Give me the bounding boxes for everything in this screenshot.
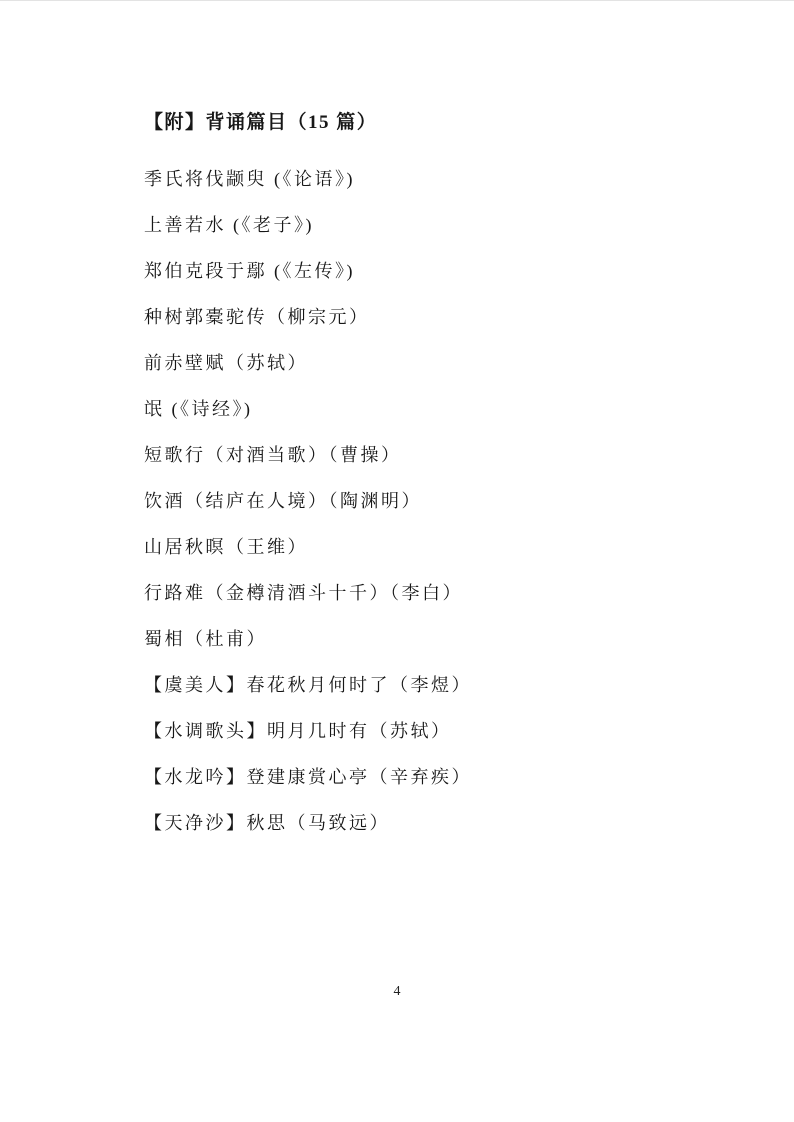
- recitation-item-3: 郑伯克段于鄢 (《左传》): [144, 262, 704, 280]
- document-page: 【附】背诵篇目（15 篇） 季氏将伐颛臾 (《论语》) 上善若水 (《老子》) …: [0, 0, 794, 1122]
- recitation-item-12: 【虞美人】春花秋月何时了（李煜）: [144, 676, 704, 694]
- recitation-item-5: 前赤壁赋（苏轼）: [144, 354, 704, 372]
- recitation-item-15: 【天净沙】秋思（马致远）: [144, 814, 704, 832]
- recitation-item-7: 短歌行（对酒当歌）（曹操）: [144, 446, 704, 464]
- page-number: 4: [394, 984, 401, 999]
- recitation-item-10: 行路难（金樽清酒斗十千）（李白）: [144, 584, 704, 602]
- recitation-item-9: 山居秋暝（王维）: [144, 538, 704, 556]
- recitation-item-14: 【水龙吟】登建康赏心亭（辛弃疾）: [144, 768, 704, 786]
- page-top-edge: [0, 0, 794, 1]
- recitation-item-2: 上善若水 (《老子》): [144, 216, 704, 234]
- recitation-item-13: 【水调歌头】明月几时有（苏轼）: [144, 722, 704, 740]
- recitation-item-4: 种树郭橐驼传（柳宗元）: [144, 308, 704, 326]
- recitation-list-title: 【附】背诵篇目（15 篇）: [144, 112, 704, 133]
- recitation-item-6: 氓 (《诗经》): [144, 400, 704, 418]
- recitation-item-1: 季氏将伐颛臾 (《论语》): [144, 170, 704, 188]
- document-content: 【附】背诵篇目（15 篇） 季氏将伐颛臾 (《论语》) 上善若水 (《老子》) …: [144, 112, 704, 860]
- page-footer: 4: [0, 982, 794, 1000]
- recitation-item-11: 蜀相（杜甫）: [144, 630, 704, 648]
- recitation-item-8: 饮酒（结庐在人境）（陶渊明）: [144, 492, 704, 510]
